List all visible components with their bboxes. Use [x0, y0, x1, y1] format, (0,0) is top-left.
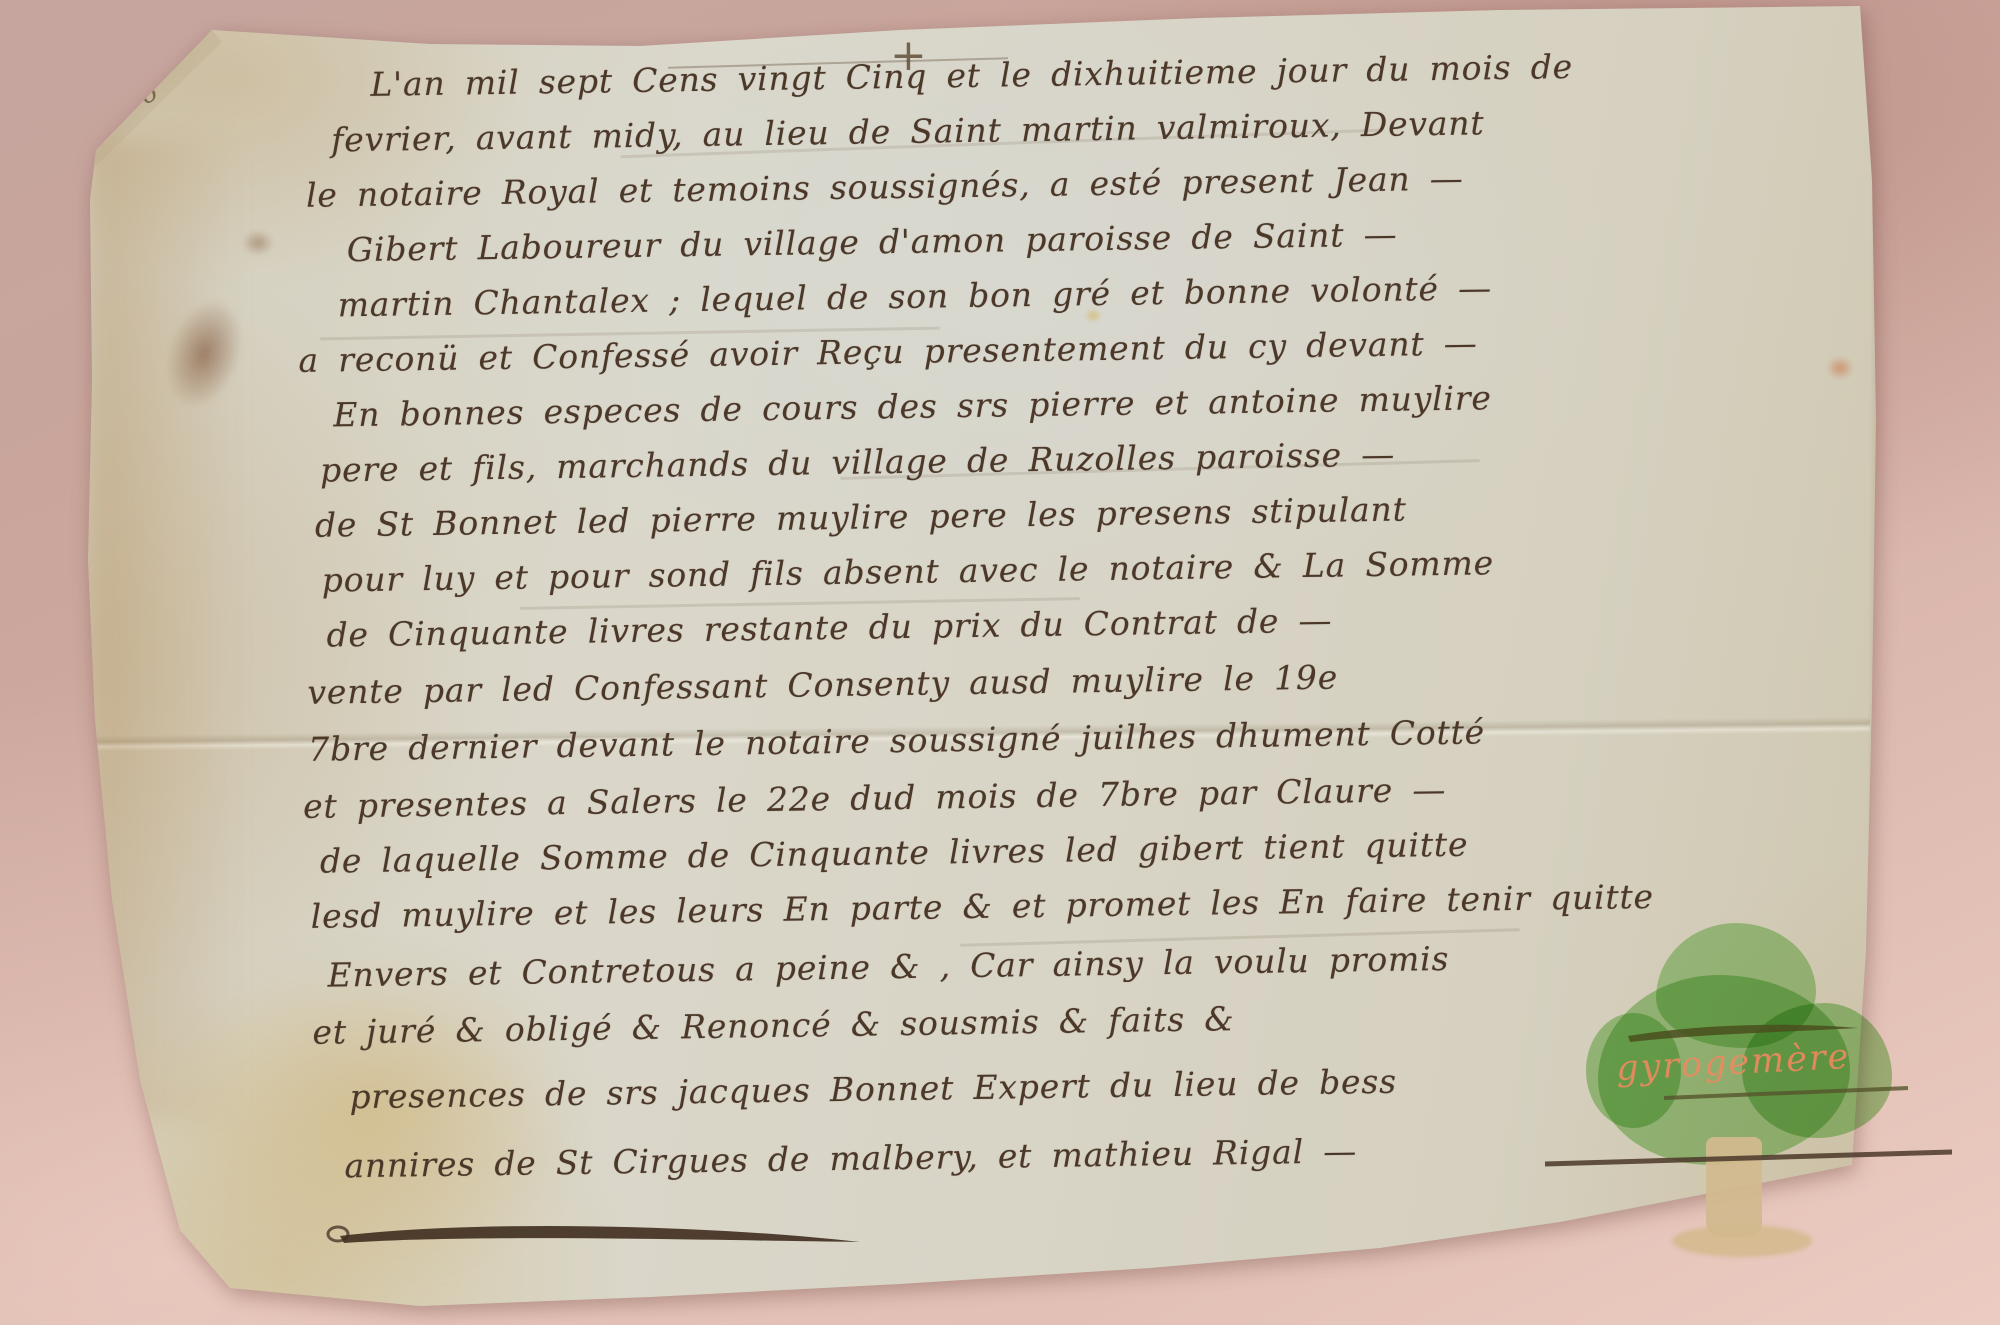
watermark-roots — [1672, 1225, 1812, 1257]
manuscript-line: presences de srs jacques Bonnet Expert d… — [349, 1051, 1598, 1125]
manuscript-line: annires de St Cirgues de malbery, et mat… — [344, 1120, 1599, 1194]
manuscript-text: L'an mil sept Cens vingt Cinq et le dixh… — [292, 39, 1599, 1194]
watermark-trunk — [1706, 1137, 1762, 1237]
ink-blot-stain — [152, 290, 255, 419]
photo-scene: + 6 L'an mil sept Cens vingt Cinq et le … — [0, 0, 2000, 1325]
tree-watermark: gyrogemère — [1590, 925, 1920, 1275]
smudge-spot — [242, 230, 274, 256]
left-edge-stain — [92, 140, 242, 1120]
rust-spot — [1826, 356, 1854, 380]
